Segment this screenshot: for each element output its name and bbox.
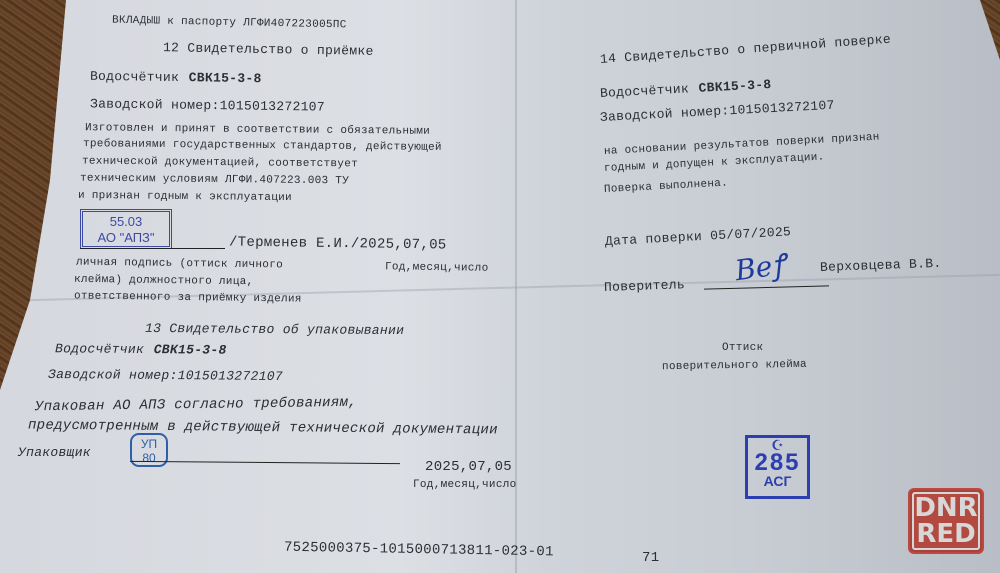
insert-header: ВКЛАДЫШ к паспорту ЛГФИ407223005ПС <box>112 15 347 32</box>
packing-date: 2025,07,05 <box>425 459 512 475</box>
section-12-body-line-3: технической документацией, соответствует <box>82 156 358 171</box>
section-12-body-line-1: Изготовлен и принят в соответствии с обя… <box>85 122 430 138</box>
acceptance-stamp: 55.03 АО "АПЗ" <box>80 209 172 249</box>
section-13-serial: Заводской номер:1015013272107 <box>48 367 283 384</box>
document-sheet: ВКЛАДЫШ к паспорту ЛГФИ407223005ПС 12 Св… <box>0 0 1000 573</box>
imprint-label-1: Оттиск <box>722 342 763 354</box>
imprint-label-2: поверительного клейма <box>662 359 807 374</box>
section-13-body-line-2: предусмотренным в действующей техническо… <box>28 418 498 439</box>
meter-label: Водосчётчик <box>600 81 690 101</box>
watermark-line-1: DNR <box>914 495 977 521</box>
section-12-body-line-5: и признан годным к эксплуатации <box>78 190 292 204</box>
stamp-code: УП <box>132 437 166 451</box>
meter-model: СВК15-3-8 <box>189 70 262 86</box>
watermark-line-2: RED <box>916 521 975 547</box>
stamp-code: 55.03 <box>83 214 169 230</box>
caption-line-3: ответственного за приёмку изделия <box>74 290 302 305</box>
section-12-body-line-2: требованиями государственных стандартов,… <box>83 138 442 154</box>
section-12-title: 12 Свидетельство о приёмке <box>163 40 374 59</box>
section-13-meter: Водосчётчик СВК15-3-8 <box>55 339 227 358</box>
verification-date: Дата поверки 05/07/2025 <box>605 224 792 249</box>
acceptance-signer: /Терменев Е.И./2025,07,05 <box>229 234 447 253</box>
meter-label: Водосчётчик <box>55 341 144 357</box>
verification-done: Поверка выполнена. <box>604 178 729 196</box>
page-number: 71 <box>642 550 659 566</box>
section-13-body-line-1: Упакован АО АПЗ согласно требованиям, <box>35 395 357 415</box>
verification-stamp: ☪ 285 АСГ <box>745 435 810 499</box>
stamp-number: 80 <box>132 451 166 465</box>
caption-line-1: личная подпись (оттиск личного <box>76 257 283 272</box>
signature-line <box>80 248 225 249</box>
section-13-title: 13 Свидетельство об упаковывании <box>145 321 404 338</box>
meter-model: СВК15-3-8 <box>698 77 772 96</box>
section-12-serial: Заводской номер:1015013272107 <box>90 96 325 114</box>
packer-signature-line <box>130 461 400 464</box>
verifier-name: Верховцева В.В. <box>820 256 942 275</box>
stamp-number: 285 <box>748 452 807 474</box>
verifier-label: Поверитель <box>604 277 685 295</box>
section-12-meter: Водосчётчик СВК15-3-8 <box>90 67 262 87</box>
verifier-signature: Веꝭ <box>733 245 788 290</box>
verifier-signature-line <box>704 285 829 289</box>
section-14-meter: Водосчётчик СВК15-3-8 <box>600 75 772 102</box>
meter-model: СВК15-3-8 <box>154 342 227 358</box>
stamp-org: АО "АПЗ" <box>83 230 169 246</box>
section-14-title: 14 Свидетельство о первичной поверке <box>599 32 891 67</box>
barcode-number: 7525000375-1015000713811-023-01 <box>284 540 554 561</box>
caption-line-2: клейма) должностного лица, <box>74 274 254 289</box>
section-12-body-line-4: техническим условиям ЛГФИ.407223.003 ТУ <box>80 173 349 188</box>
packer-label: Упаковщик <box>18 445 91 460</box>
section-14-body-line-1: на основании результатов поверки признан <box>604 132 880 158</box>
packing-date-caption: Год,месяц,число <box>413 479 517 491</box>
caption-date: Год,месяц,число <box>385 261 489 274</box>
stamp-code: АСГ <box>748 474 807 488</box>
watermark-logo: DNR RED <box>908 488 984 554</box>
section-14-serial: Заводской номер:1015013272107 <box>600 98 835 125</box>
meter-label: Водосчётчик <box>90 69 179 85</box>
